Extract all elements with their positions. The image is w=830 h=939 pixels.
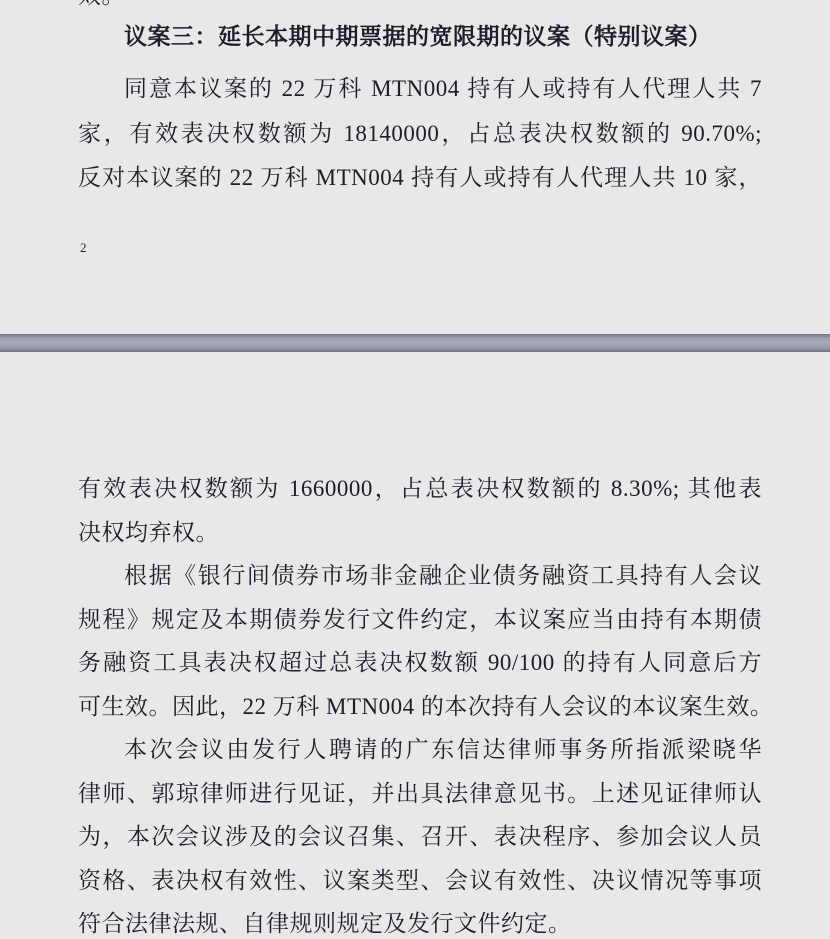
body-line: 决权均弃权。 <box>78 511 762 555</box>
body-line: 可生效。因此，22 万科 MTN004 的本次持有人会议的本议案生效。 <box>78 685 762 729</box>
page-number: 2 <box>80 240 87 255</box>
body-line: 务融资工具表决权超过总表决权数额 90/100 的持有人同意后方 <box>78 641 762 685</box>
page-break-divider <box>0 334 830 352</box>
body-line: 反对本议案的 22 万科 MTN004 持有人或持有人代理人共 10 家， <box>78 156 762 201</box>
body-line: 规程》规定及本期债券发行文件约定，本议案应当由持有本期债 <box>78 598 762 642</box>
body-line: 律师、郭琼律师进行见证，并出具法律意见书。上述见证律师认 <box>78 772 762 816</box>
body-line: 根据《银行间债券市场非金融企业债务融资工具持有人会议 <box>78 554 762 598</box>
body-line: 为，本次会议涉及的会议召集、召开、表决程序、参加会议人员 <box>78 815 762 859</box>
document-page-1: 效。 议案三：延长本期中期票据的宽限期的议案（特别议案） 同意本议案的 22 万… <box>0 0 830 334</box>
body-line: 有效表决权数额为 1660000，占总表决权数额的 8.30%; 其他表 <box>78 467 762 511</box>
body-line: 同意本议案的 22 万科 MTN004 持有人或持有人代理人共 7 <box>78 67 762 112</box>
proposal-heading: 议案三：延长本期中期票据的宽限期的议案（特别议案） <box>78 15 762 60</box>
body-line: 符合法律法规、自律规则规定及发行文件约定。 <box>78 902 762 939</box>
document-page-2: 有效表决权数额为 1660000，占总表决权数额的 8.30%; 其他表 决权均… <box>0 352 830 939</box>
body-line: 本次会议由发行人聘请的广东信达律师事务所指派梁晓华 <box>78 728 762 772</box>
body-line: 家，有效表决权数额为 18140000，占总表决权数额的 90.70%; <box>78 112 762 157</box>
body-line: 资格、表决权有效性、议案类型、会议有效性、决议情况等事项 <box>78 859 762 903</box>
